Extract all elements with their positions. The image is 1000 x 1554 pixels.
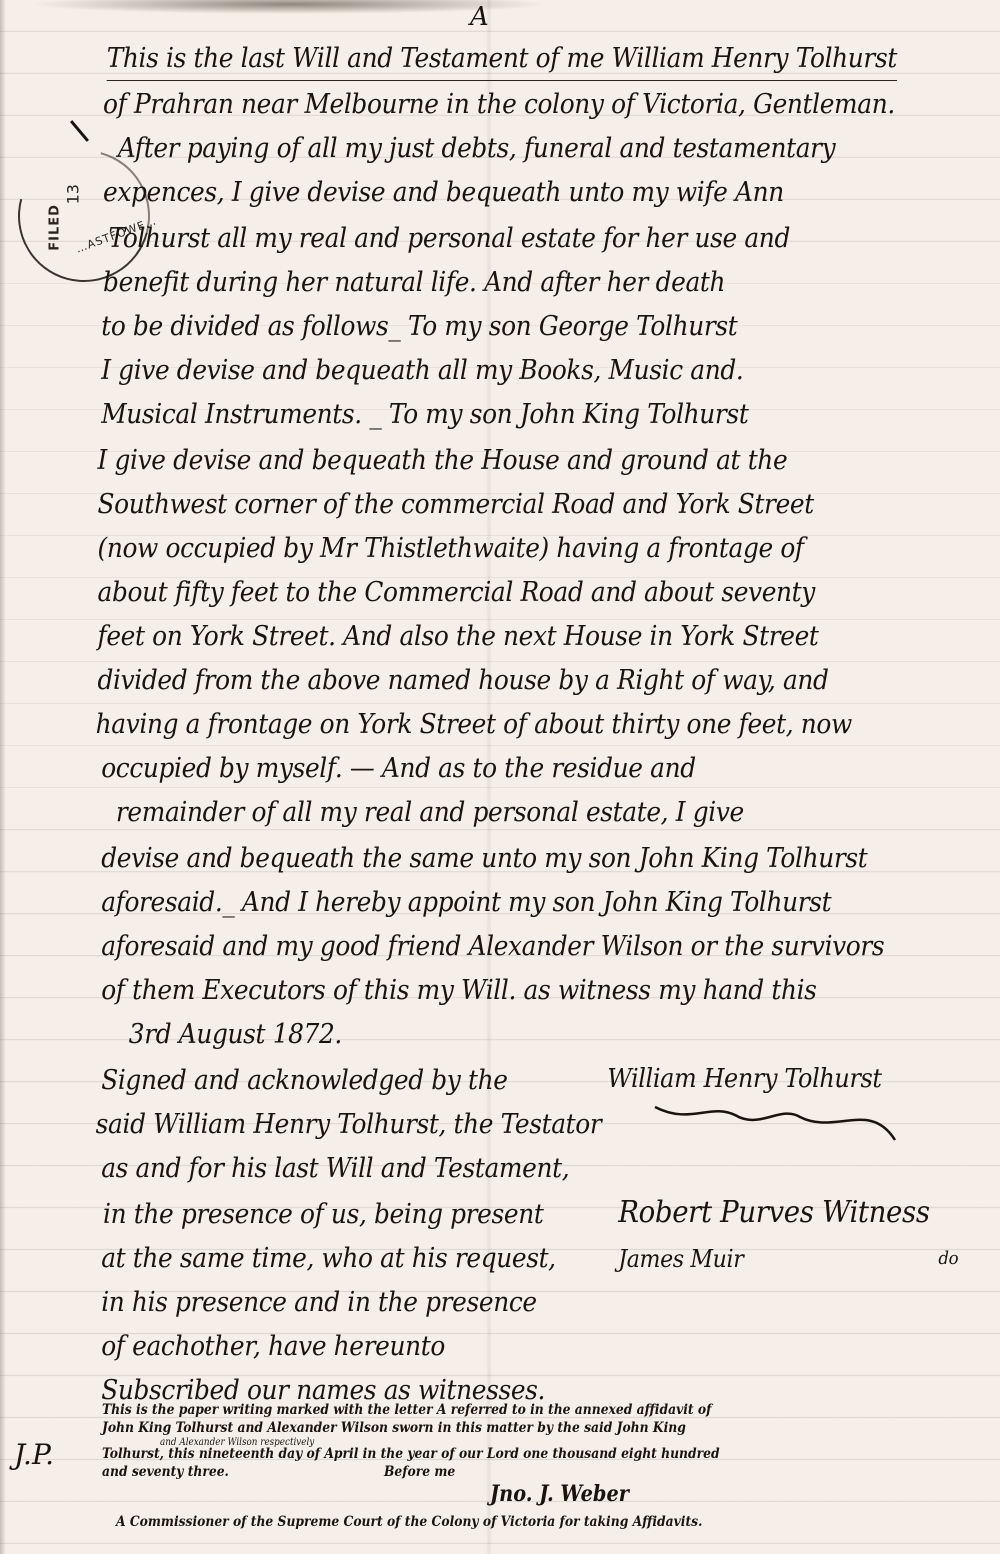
commissioner-signature: Jno. J. Weber: [490, 1486, 629, 1503]
will-line: to be divided as follows_ To my son Geor…: [101, 306, 737, 348]
will-line: having a frontage on York Street of abou…: [96, 704, 852, 746]
will-line: This is the last Will and Testament of m…: [107, 38, 897, 81]
will-line: of Prahran near Melbourne in the colony …: [103, 84, 895, 126]
will-line: remainder of all my real and personal es…: [116, 792, 744, 834]
will-line: of them Executors of this my Will. as wi…: [101, 970, 816, 1012]
witness-1-signature: Robert Purves Witness: [618, 1192, 929, 1234]
will-line: After paying of all my just debts, funer…: [118, 128, 836, 170]
attestation-line: at the same time, who at his request,: [101, 1238, 556, 1280]
before-me-label: Before me: [384, 1464, 455, 1481]
certification-line: and seventy three.: [102, 1464, 229, 1481]
attestation-line: in his presence and in the presence: [101, 1282, 537, 1324]
attestation-line: in the presence of us, being present: [103, 1194, 543, 1236]
will-line: Southwest corner of the commercial Road …: [98, 484, 814, 526]
witness-2-ditto: do: [938, 1238, 958, 1280]
will-line: benefit during her natural life. And aft…: [103, 262, 725, 304]
page-edge-shadow: [0, 0, 6, 1554]
witness-2-signature: James Muir: [618, 1238, 743, 1280]
will-line: devise and bequeath the same unto my son…: [101, 838, 867, 880]
will-line: feet on York Street. And also the next H…: [98, 616, 819, 658]
will-line: Tolhurst all my real and personal estate…: [109, 218, 790, 260]
stamp-number: 13: [63, 184, 82, 204]
will-line: Musical Instruments. _ To my son John Ki…: [101, 394, 748, 436]
commissioner-title: A Commissioner of the Supreme Court of t…: [116, 1514, 702, 1531]
will-line: I give devise and bequeath all my Books,…: [101, 350, 743, 392]
will-line: aforesaid and my good friend Alexander W…: [101, 926, 884, 968]
certification-line: Tolhurst, this nineteenth day of April i…: [102, 1446, 720, 1463]
testator-signature: William Henry Tolhurst: [607, 1058, 881, 1100]
will-line: I give devise and bequeath the House and…: [98, 440, 788, 482]
attestation-line: as and for his last Will and Testament,: [101, 1148, 569, 1190]
will-line: occupied by myself. — And as to the resi…: [101, 748, 696, 790]
will-line: divided from the above named house by a …: [98, 660, 829, 702]
signature-flourish: [650, 1095, 900, 1155]
margin-initials: J.P.: [14, 1438, 54, 1471]
attestation-line: Signed and acknowledged by the: [101, 1060, 507, 1102]
will-line: about fifty feet to the Commercial Road …: [98, 572, 815, 614]
attestation-line: of eachother, have hereunto: [101, 1326, 445, 1368]
page-mark: A: [470, 2, 489, 32]
will-line: (now occupied by Mr Thistlethwaite) havi…: [98, 528, 804, 570]
attestation-line: said William Henry Tolhurst, the Testato…: [96, 1104, 602, 1146]
certification-line: This is the paper writing marked with th…: [102, 1402, 711, 1419]
will-line: expences, I give devise and bequeath unt…: [103, 172, 784, 214]
stamp-text: FILED: [48, 204, 63, 251]
will-date: 3rd August 1872.: [129, 1014, 342, 1056]
will-line: aforesaid._ And I hereby appoint my son …: [101, 882, 831, 924]
